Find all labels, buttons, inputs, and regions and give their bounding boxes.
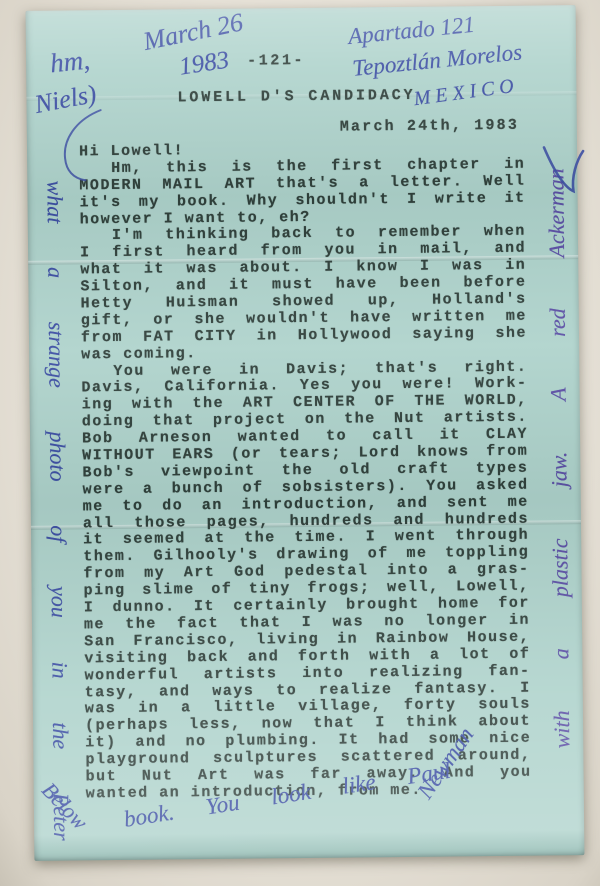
handwritten-received-date-year: 1983 bbox=[178, 47, 231, 79]
typed-date-line: March 24th, 1983 bbox=[340, 117, 519, 136]
photo-background: -121- LOWELL D'S CANDIDACY March 24th, 1… bbox=[0, 0, 600, 886]
letter-sheet: -121- LOWELL D'S CANDIDACY March 24th, 1… bbox=[26, 5, 585, 861]
typed-title: LOWELL D'S CANDIDACY bbox=[177, 87, 415, 106]
handwritten-right-margin-note: with a plastic jaw. A red Ackerman bbox=[545, 168, 585, 748]
handwritten-received-date-month: March 26 bbox=[141, 9, 245, 55]
typed-page-number: -121- bbox=[247, 52, 305, 70]
handwritten-greeting-hm: hm, bbox=[49, 47, 91, 78]
handwritten-address-line-1: Apartado 121 bbox=[347, 13, 476, 48]
handwritten-address-line-3: MEXICO bbox=[413, 75, 520, 109]
handwritten-left-margin-note: what a strange photo of you in the Peter bbox=[33, 180, 72, 840]
typed-body: Hi Lowell!Hm, this is the first chapter … bbox=[79, 140, 532, 803]
handwritten-signature-niels: Niels) bbox=[33, 81, 99, 118]
